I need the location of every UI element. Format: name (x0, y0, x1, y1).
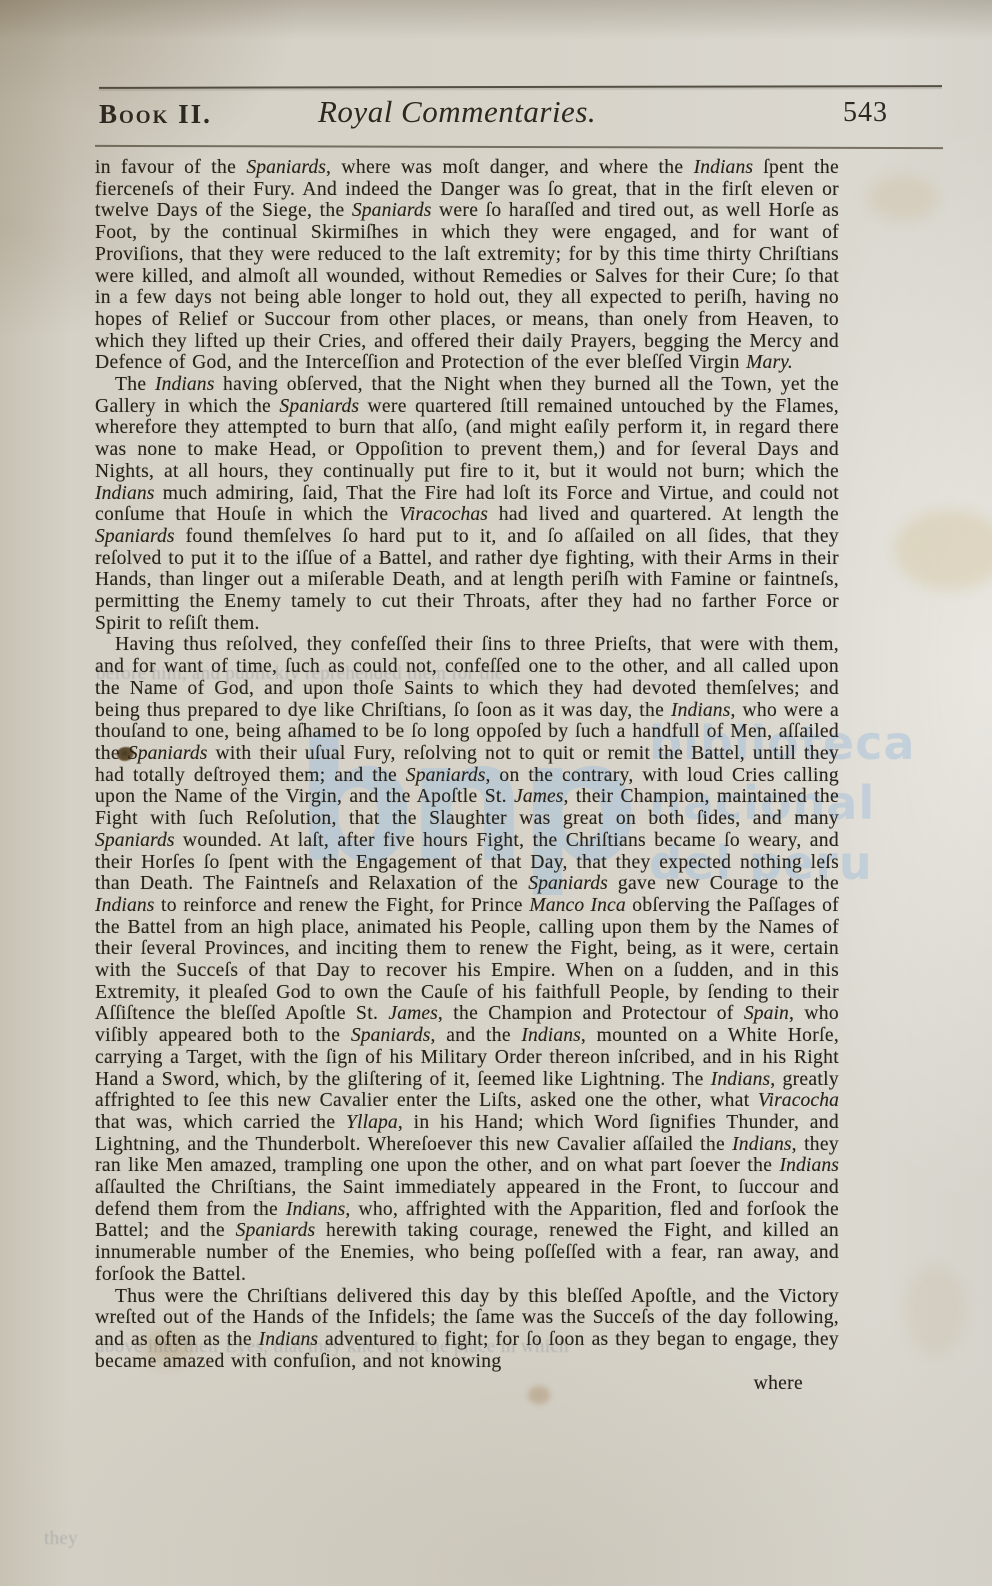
italic-text-run: Spaniards (128, 743, 208, 764)
text-run: that was, which carried the (95, 1112, 346, 1133)
paragraph: Thus were the Chriſtians delivered this … (95, 1286, 839, 1373)
paper-stain (868, 175, 938, 221)
italic-text-run: Spaniards (279, 396, 359, 417)
text-run: The (115, 374, 155, 395)
text-run: found themſelves ſo hard put to it, and … (95, 526, 839, 634)
italic-text-run: Indians (286, 1199, 345, 1220)
paper-speckles (0, 0, 2, 2)
italic-text-run: Spain (744, 1003, 789, 1024)
italic-text-run: Indians (694, 157, 753, 178)
italic-text-run: Indians (671, 700, 730, 721)
paper-stain (905, 1265, 965, 1355)
italic-text-run: Indians (711, 1069, 770, 1090)
italic-text-run: Indians (780, 1155, 839, 1176)
text-run: , and the (431, 1025, 522, 1046)
text-block: in favour of the Spaniards, where was mo… (95, 157, 839, 1395)
italic-text-run: Spaniards (528, 873, 608, 894)
italic-text-run: Spaniards (351, 1025, 431, 1046)
italic-text-run: Viracochas (399, 504, 488, 525)
italic-text-run: Spaniards (352, 200, 432, 221)
italic-text-run: James (388, 1003, 437, 1024)
italic-text-run: Viracocha (758, 1090, 839, 1111)
italic-text-run: Indians (95, 483, 154, 504)
italic-text-run: Indians (95, 895, 154, 916)
paragraph: Having thus reſolved, they confeſſed the… (95, 634, 839, 1285)
text-run: had lived and quartered. At length the (488, 504, 839, 525)
italic-text-run: Manco Inca (529, 895, 625, 916)
text-run: gave new Courage to the (608, 873, 839, 894)
paragraph: The Indians having obſerved, that the Ni… (95, 374, 839, 634)
italic-text-run: Mary. (746, 352, 793, 373)
text-run: were ſo haraſſed and tired out, as well … (95, 200, 839, 373)
paper-stain (895, 510, 992, 590)
text-run: , the Champion and Protectour of (438, 1003, 744, 1024)
running-head-book: Book II. (99, 99, 212, 130)
page-number: 543 (843, 97, 888, 129)
show-through-text: they (44, 1528, 788, 1550)
paragraph: in favour of the Spaniards, where was mo… (95, 157, 839, 374)
book-page-scan: bnp biblioteca nacional del peru before … (0, 0, 992, 1586)
italic-text-run: James (514, 786, 563, 807)
catchword: where (95, 1373, 839, 1395)
italic-text-run: Indians (155, 374, 214, 395)
text-run: in favour of the (95, 157, 246, 178)
header-rule-top (99, 85, 942, 89)
italic-text-run: Spaniards (236, 1220, 316, 1241)
header-rule-bottom (95, 145, 943, 149)
running-head-title: Royal Commentaries. (318, 94, 596, 130)
italic-text-run: Spaniards (95, 526, 175, 547)
italic-text-run: Spaniards (95, 830, 175, 851)
italic-text-run: Spaniards (246, 157, 326, 178)
italic-text-run: Yllapa (346, 1112, 398, 1133)
italic-text-run: Spaniards (406, 765, 486, 786)
italic-text-run: Indians (521, 1025, 580, 1046)
text-run: , where was moſt danger, and where the (326, 157, 694, 178)
italic-text-run: Indians (259, 1329, 318, 1350)
text-run: to reinforce and renew the Fight, for Pr… (154, 895, 529, 916)
italic-text-run: Indians (732, 1134, 791, 1155)
